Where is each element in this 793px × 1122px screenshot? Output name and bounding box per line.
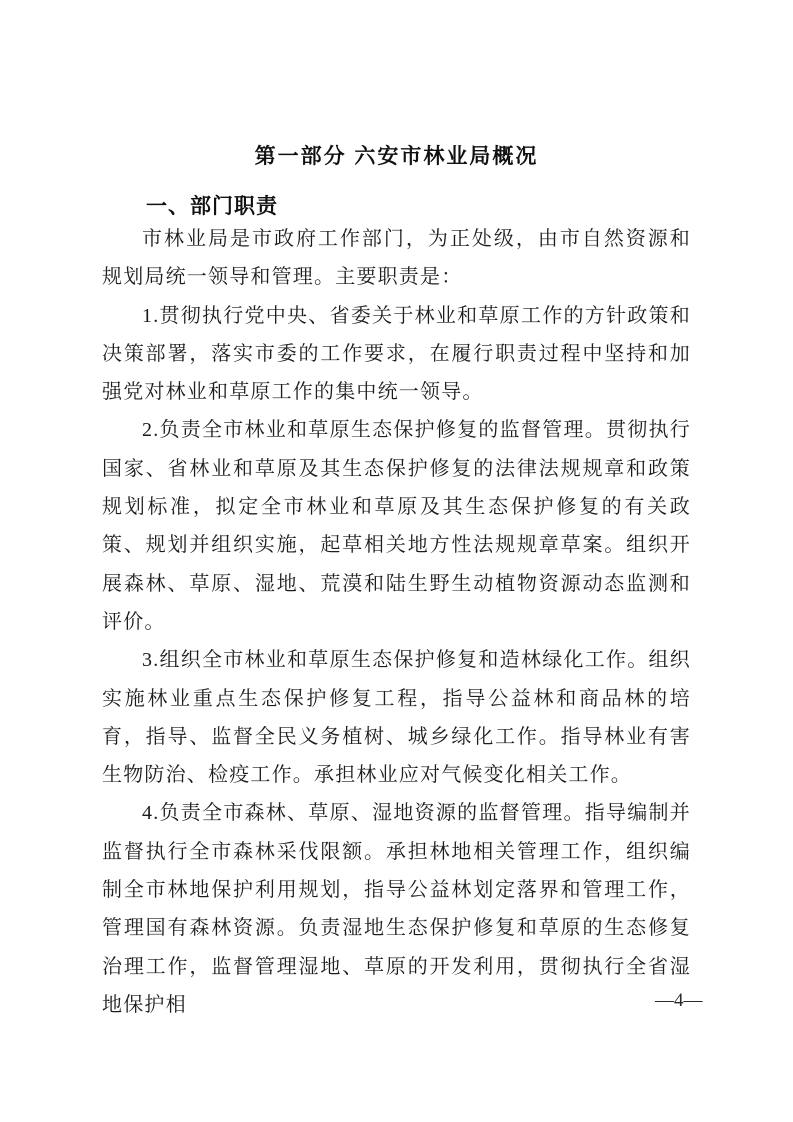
body-text: 市林业局是市政府工作部门，为正处级，由市自然资源和规划局统一领导和管理。主要职责… bbox=[102, 220, 691, 1024]
duty-paragraph-4: 4.负责全市森林、草原、湿地资源的监督管理。指导编制并监督执行全市森林采伐限额。… bbox=[102, 794, 691, 1024]
section-heading: 一、部门职责 bbox=[102, 194, 691, 220]
document-page: 第一部分 六安市林业局概况 一、部门职责 市林业局是市政府工作部门，为正处级，由… bbox=[0, 0, 793, 1122]
document-title: 第一部分 六安市林业局概况 bbox=[102, 0, 691, 170]
page-number: —4— bbox=[655, 990, 703, 1012]
page-content: 第一部分 六安市林业局概况 一、部门职责 市林业局是市政府工作部门，为正处级，由… bbox=[102, 0, 691, 1024]
duty-paragraph-2: 2.负责全市林业和草原生态保护修复的监督管理。贯彻执行国家、省林业和草原及其生态… bbox=[102, 411, 691, 641]
intro-paragraph: 市林业局是市政府工作部门，为正处级，由市自然资源和规划局统一领导和管理。主要职责… bbox=[102, 220, 691, 297]
duty-paragraph-3: 3.组织全市林业和草原生态保护修复和造林绿化工作。组织实施林业重点生态保护修复工… bbox=[102, 641, 691, 794]
duty-paragraph-1: 1.贯彻执行党中央、省委关于林业和草原工作的方针政策和决策部署，落实市委的工作要… bbox=[102, 297, 691, 412]
